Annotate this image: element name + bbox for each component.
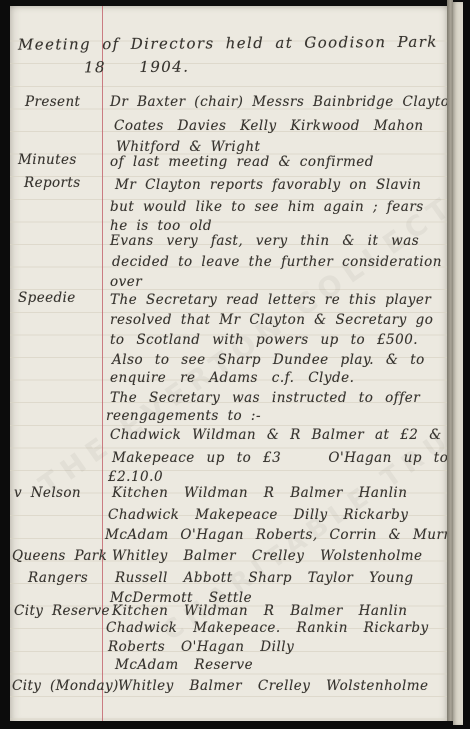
handwritten-line: The Secretary read letters re this playe…: [110, 292, 431, 308]
handwritten-line: The Secretary was instructed to offer: [110, 390, 420, 406]
handwritten-line: Roberts O'Hagan Dilly: [108, 639, 294, 655]
section-label-speedie: Speedie: [18, 290, 76, 306]
handwritten-line: Russell Abbott Sharp Taylor Young: [115, 570, 414, 586]
handwritten-line: Evans very fast, very thin & it was: [110, 233, 419, 249]
handwritten-line: Mr Clayton reports favorably on Slavin: [115, 177, 421, 193]
handwritten-line: McAdam O'Hagan Roberts, Corrin & Murray: [105, 527, 447, 543]
meeting-title-line1: Meeting of Directors held at Goodison Pa…: [18, 32, 447, 53]
handwritten-line: Also to see Sharp Dundee play. & to: [112, 352, 425, 368]
minute-book-page: THE EVERTON COLLECTION CHARITABLE TRUST …: [10, 6, 447, 721]
handwritten-line: reengagements to :-: [106, 408, 261, 424]
handwritten-line: enquire re Adams c.f. Clyde.: [110, 370, 354, 386]
handwritten-line: McAdam Reserve: [115, 657, 253, 673]
handwritten-line: Kitchen Wildman R Balmer Hanlin: [112, 485, 407, 501]
handwritten-line: Whitford & Wright: [116, 139, 260, 155]
handwritten-line: but would like to see him again ; fears: [110, 199, 424, 215]
handwritten-line: he is too old: [110, 218, 212, 234]
section-label-city-monday: City (Monday): [12, 678, 119, 694]
handwritten-line: resolved that Mr Clayton & Secretary go: [110, 312, 433, 328]
scan-background: THE EVERTON COLLECTION CHARITABLE TRUST …: [0, 0, 470, 729]
handwritten-line: £2.10.0: [108, 469, 163, 485]
next-page-edge: [453, 2, 463, 725]
section-label-v-nelson: v Nelson: [14, 485, 81, 501]
section-label-queens-park: Queens Park: [12, 548, 107, 564]
section-label-reports: Reports: [24, 175, 81, 191]
handwritten-line: Kitchen Wildman R Balmer Hanlin: [112, 603, 407, 619]
handwritten-line: to Scotland with powers up to £500.: [110, 332, 418, 348]
handwritten-line: Whitley Balmer Crelley Wolstenholme: [118, 678, 429, 694]
handwritten-line: Whitley Balmer Crelley Wolstenholme: [112, 548, 423, 564]
section-label-present: Present: [25, 94, 80, 110]
meeting-title-line2: 18 1904.: [84, 58, 189, 77]
handwritten-line: Chadwick Wildman & R Balmer at £2 & £2.1…: [110, 427, 447, 443]
handwritten-line: over: [110, 274, 142, 290]
handwritten-line: of last meeting read & confirmed: [110, 154, 374, 170]
handwritten-line: Chadwick Makepeace Dilly Rickarby: [108, 507, 408, 523]
handwritten-line: Makepeace up to £3 O'Hagan up to: [112, 450, 447, 466]
section-label-city-reserve: City Reserve: [14, 603, 110, 619]
handwritten-line: decided to leave the further considerati…: [112, 254, 442, 270]
handwritten-line: Coates Davies Kelly Kirkwood Mahon: [114, 118, 424, 134]
section-label-rangers: Rangers: [28, 570, 88, 586]
handwritten-line: Dr Baxter (chair) Messrs Bainbridge Clay…: [110, 94, 447, 110]
handwritten-line: Chadwick Makepeace. Rankin Rickarby: [106, 620, 429, 636]
section-label-minutes: Minutes: [18, 152, 77, 168]
